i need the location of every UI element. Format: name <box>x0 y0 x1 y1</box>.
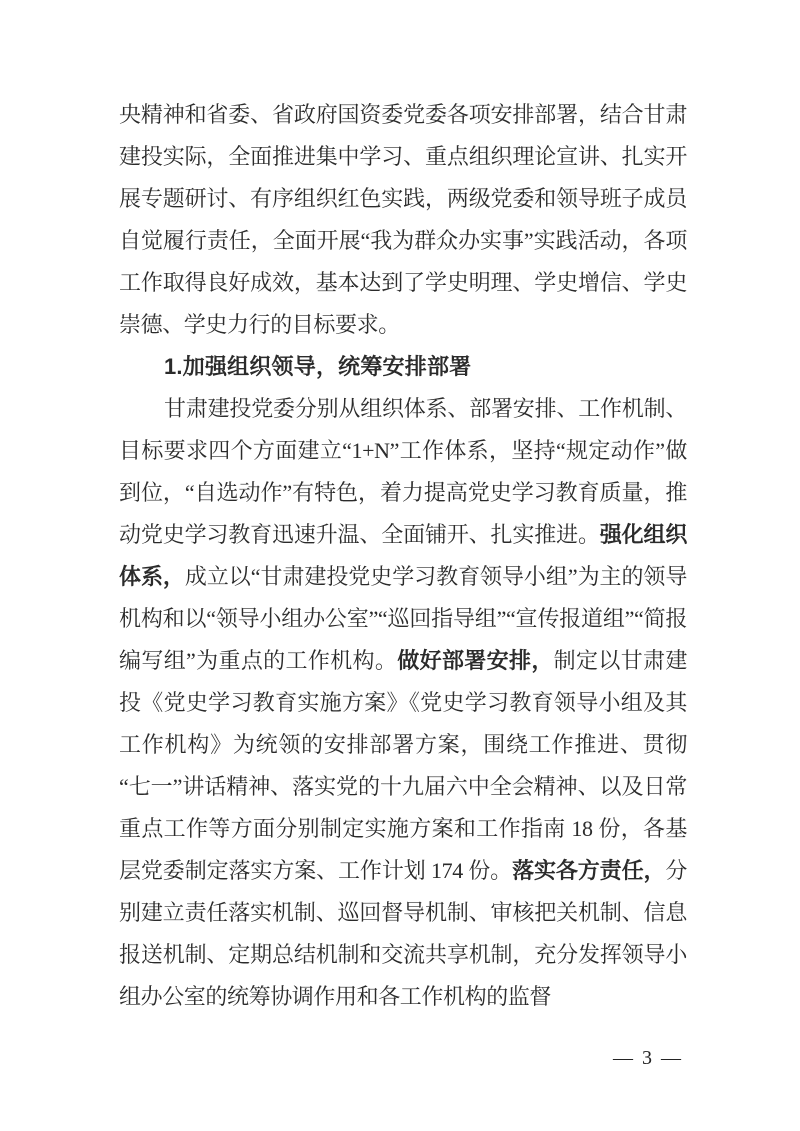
emphasis-text-run: 1.加强组织领导，统筹安排部署 <box>164 354 471 379</box>
paragraph-section-1-body: 甘肃建投党委分别从组织体系、部署安排、工作机制、目标要求四个方面建立“1+N”工… <box>119 388 687 1018</box>
document-page: 央精神和省委、省政府国资委党委各项安排部署，结合甘肃建投实际，全面推进集中学习、… <box>0 0 800 1131</box>
paragraph-continuation: 央精神和省委、省政府国资委党委各项安排部署，结合甘肃建投实际，全面推进集中学习、… <box>119 94 687 346</box>
emphasis-text-run: 做好部署安排， <box>397 648 553 673</box>
page-number: — 3 — <box>596 1046 700 1070</box>
section-heading-1: 1.加强组织领导，统筹安排部署 <box>119 346 687 388</box>
text-run: 制定以甘肃建投《党史学习教育实施方案》《党史学习教育领导小组及其工作机构》为统领… <box>119 648 687 883</box>
document-body: 央精神和省委、省政府国资委党委各项安排部署，结合甘肃建投实际，全面推进集中学习、… <box>119 94 687 1018</box>
text-run: 央精神和省委、省政府国资委党委各项安排部署，结合甘肃建投实际，全面推进集中学习、… <box>119 102 687 337</box>
emphasis-text-run: 落实各方责任， <box>512 858 665 883</box>
